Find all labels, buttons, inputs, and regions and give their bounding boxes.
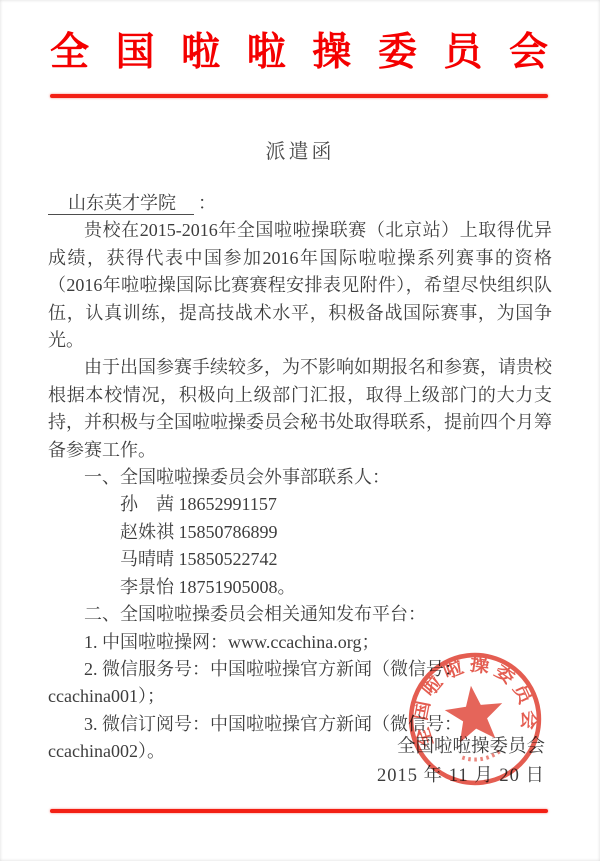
recipient-name: 山东英才学院: [48, 193, 194, 215]
contact-phone: 18652991157: [179, 494, 277, 514]
salutation-line: 山东英才学院：: [48, 190, 552, 217]
platforms-heading: 二、全国啦啦操委员会相关通知发布平台：: [48, 601, 552, 628]
seal-serial-marks: [459, 751, 500, 761]
contact-name: 李景怡: [84, 574, 174, 601]
letterhead-char: 啦: [247, 32, 286, 75]
letterhead-char: 会: [509, 32, 548, 75]
letterhead-divider-line: [50, 94, 548, 98]
document-title: 派遣函: [0, 135, 600, 164]
seal-star-icon: [442, 682, 506, 744]
contact-name: 马晴晴: [84, 546, 174, 573]
contact-name: 赵姝祺: [84, 519, 174, 546]
footer-divider-line: [50, 809, 548, 813]
contact-phone: 18751905008。: [179, 577, 296, 597]
contact-row: 马晴晴 15850522742: [48, 546, 552, 573]
contact-row: 赵姝祺 15850786899: [48, 519, 552, 546]
letterhead-char: 操: [312, 32, 351, 75]
letterhead-char: 委: [378, 32, 417, 75]
letterhead-char: 国: [116, 32, 155, 75]
contact-name: 孙 茜: [84, 491, 174, 518]
paragraph-achievement: 贵校在2015-2016年全国啦啦操联赛（北京站）上取得优异成绩，获得代表中国参…: [48, 217, 552, 354]
recipient-colon: ：: [198, 193, 216, 213]
contact-phone: 15850786899: [179, 522, 278, 542]
paragraph-instructions: 由于出国参赛手续较多，为不影响如期报名和参赛，请贵校根据本校情况，积极向上级部门…: [48, 354, 552, 464]
letter-page: 全国啦啦操委员会 派遣函 山东英才学院： 贵校在2015-2016年全国啦啦操联…: [0, 0, 600, 861]
letterhead-char: 全: [50, 32, 89, 75]
seal-icon: 全国啦啦操委员会: [396, 640, 554, 798]
contact-row: 孙 茜 18652991157: [48, 491, 552, 518]
contact-phone: 15850522742: [179, 549, 278, 569]
letterhead-char: 员: [443, 32, 482, 75]
letterhead-org-title: 全国啦啦操委员会: [50, 32, 548, 75]
contact-row: 李景怡 18751905008。: [48, 574, 552, 601]
contacts-heading: 一、全国啦啦操委员会外事部联系人：: [48, 464, 552, 491]
letterhead-char: 啦: [181, 32, 220, 75]
official-seal-stamp: 全国啦啦操委员会: [396, 640, 554, 798]
